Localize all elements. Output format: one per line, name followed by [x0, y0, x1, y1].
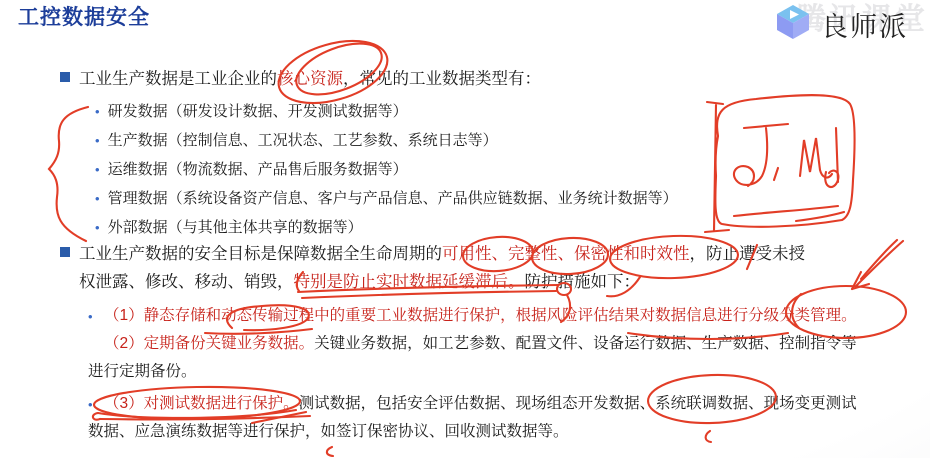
bullet1-post: ，常见的工业数据类型有：	[343, 70, 541, 88]
list-item: •外部数据（与其他主体共享的数据等）	[95, 213, 678, 242]
dot-bullet-icon: •	[95, 162, 100, 177]
slide: 工控数据安全 腾讯课堂 良师派 工业生产数据是工业企业的核心资源，常见的工业数据…	[0, 0, 930, 458]
measure-1: （1）静态存储和动态传输过程中的重要工业数据进行保护，根据风险评估结果对数据信息…	[104, 302, 857, 330]
list-item: •生产数据（控制信息、工况状态、工艺参数、系统日志等）	[95, 126, 678, 155]
bullet1-highlight: 核心资源	[277, 70, 343, 88]
dot-bullet-icon: •	[95, 220, 100, 235]
bullet1-line: 工业生产数据是工业企业的核心资源，常见的工业数据类型有：	[60, 66, 541, 92]
arrow-annotation	[852, 240, 903, 289]
list-item: •运维数据（物流数据、产品售后服务数据等）	[95, 155, 678, 184]
measure-2-line1: （2）定期备份关键业务数据。关键业务数据，如工艺参数、配置文件、设备运行数据、生…	[104, 330, 857, 358]
measure-3-line1: （3）对测试数据进行保护。测试数据，包括安全评估数据、现场组态开发数据、系统联调…	[104, 390, 857, 418]
left-brace-annotation	[49, 107, 88, 241]
security-goals-highlight: 可用性、完整性、保密性和时效性	[442, 245, 690, 263]
brand-name: 良师派	[821, 5, 908, 44]
bullet2-line2: 权泄露、修改、移动、销毁，特别是防止实时数据延缓滞后。防护措施如下：	[79, 268, 640, 296]
dot-bullet-icon: •	[95, 133, 100, 148]
bullet2-line1: 工业生产数据的安全目标是保障数据全生命周期的可用性、完整性、保密性和时效性，防止…	[60, 240, 805, 268]
list-item: •管理数据（系统设备资产信息、客户与产品信息、产品供应链数据、业务统计数据等）	[95, 184, 678, 213]
list-item: •研发数据（研发设计数据、开发测试数据等）	[95, 97, 678, 126]
dot-bullet-icon: •	[88, 309, 93, 324]
realtime-delay-highlight: 特别是防止实时数据延缓滞后。	[294, 273, 525, 291]
square-bullet-icon	[60, 72, 70, 82]
data-type-list: •研发数据（研发设计数据、开发测试数据等） •生产数据（控制信息、工况状态、工艺…	[95, 97, 678, 242]
scribble-box-annotation	[705, 95, 855, 232]
logo-box-play-icon	[773, 2, 813, 47]
dot-bullet-icon: •	[95, 191, 100, 206]
brand-logo: 良师派	[773, 2, 908, 47]
dot-bullet-icon: •	[95, 104, 100, 119]
measure-2-line2: 进行定期备份。	[88, 358, 197, 386]
square-bullet-icon	[60, 247, 70, 257]
bullet1-pre: 工业生产数据是工业企业的	[79, 70, 277, 88]
page-title: 工控数据安全	[18, 1, 150, 31]
measure-3-line2: 数据、应急演练数据等进行保护，如签订保密协议、回收测试数据等。	[88, 418, 569, 446]
dot-bullet-icon: •	[88, 397, 93, 412]
